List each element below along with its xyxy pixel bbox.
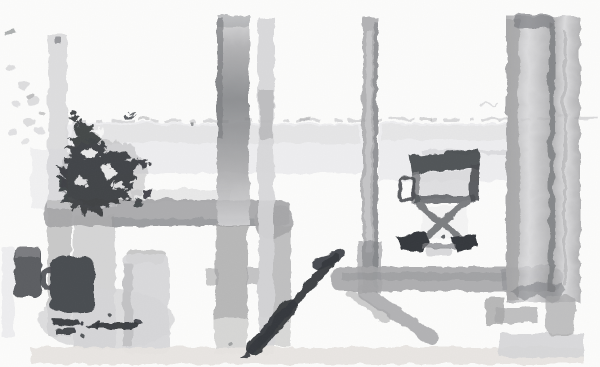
painting-canvas: Grayscale watercolor sketch of a room op… — [0, 0, 600, 367]
paper-grain-overlay — [0, 0, 600, 367]
watercolor-painting: Grayscale watercolor sketch of a room op… — [0, 0, 600, 367]
